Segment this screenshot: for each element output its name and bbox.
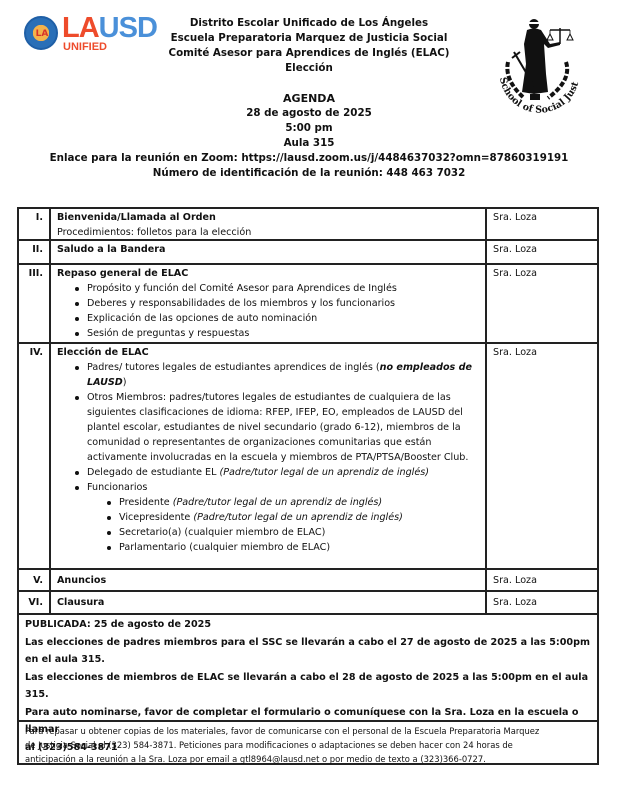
published-line: 315. — [25, 686, 591, 704]
zoom-link[interactable]: Enlace para la reunión en Zoom: https://… — [0, 151, 618, 166]
item-presenter: Sra. Loza — [487, 209, 597, 239]
item-presenter: Sra. Loza — [487, 241, 597, 263]
officer-bullets: Presidente (Padre/tutor legal de un apre… — [57, 495, 479, 555]
item-presenter: Sra. Loza — [487, 265, 597, 342]
item-title: Repaso general de ELAC — [57, 266, 479, 281]
item-title: Clausura — [57, 595, 479, 610]
bullet-item: Sesión de preguntas y respuestas — [73, 326, 479, 341]
agenda-title: AGENDA — [0, 91, 618, 106]
item-presenter: Sra. Loza — [487, 344, 597, 568]
bullet-item: Otros Miembros: padres/tutores legales d… — [73, 390, 479, 465]
note-line: Para repasar u obtener copias de los mat… — [25, 724, 591, 738]
header-district: Distrito Escolar Unificado de Los Ángele… — [0, 16, 618, 31]
note-line: de Justicia Social al (323) 584-3871. Pe… — [25, 738, 591, 752]
bullet-item: Padres/ tutores legales de estudiantes a… — [73, 360, 479, 390]
item-bullets: Padres/ tutores legales de estudiantes a… — [57, 360, 479, 495]
officer-item: Vicepresidente (Padre/tutor legal de un … — [105, 510, 479, 525]
officer-text: Vicepresidente — [119, 512, 193, 523]
officer-text: Presidente — [119, 497, 173, 508]
note-line: anticipación a la reunión a la Sra. Loza… — [25, 752, 591, 766]
item-number: V. — [19, 570, 51, 590]
bullet-text: Otros Miembros: padres/tutores legales d… — [87, 392, 468, 463]
agenda-row: III. Repaso general de ELAC Propósito y … — [19, 265, 597, 344]
item-presenter: Sra. Loza — [487, 592, 597, 613]
officer-item: Secretario(a) (cualquier miembro de ELAC… — [105, 525, 479, 540]
item-number: II. — [19, 241, 51, 263]
item-number: I. — [19, 209, 51, 239]
item-title: Elección de ELAC — [57, 345, 479, 360]
accessibility-note: Para repasar u obtener copias de los mat… — [19, 722, 597, 763]
meeting-room: Aula 315 — [0, 136, 618, 151]
meeting-date: 28 de agosto de 2025 — [0, 106, 618, 121]
item-number: IV. — [19, 344, 51, 568]
header-committee: Comité Asesor para Aprendices de Inglés … — [0, 46, 618, 61]
item-number: III. — [19, 265, 51, 342]
meeting-time: 5:00 pm — [0, 121, 618, 136]
item-number: VI. — [19, 592, 51, 613]
meeting-id: Número de identificación de la reunión: … — [0, 166, 618, 181]
item-bullets: Propósito y función del Comité Asesor pa… — [57, 281, 479, 341]
officer-item: Presidente (Padre/tutor legal de un apre… — [105, 495, 479, 510]
item-note: Procedimientos: folletos para la elecció… — [57, 225, 479, 240]
officer-item: Parlamentario (cualquier miembro de ELAC… — [105, 540, 479, 555]
item-title: Saludo a la Bandera — [57, 242, 479, 257]
bullet-item: Deberes y responsabilidades de los miemb… — [73, 296, 479, 311]
officer-text: Secretario(a) (cualquier miembro de ELAC… — [119, 527, 325, 538]
published-date: PUBLICADA: 25 de agosto de 2025 — [25, 616, 591, 634]
bullet-item: Funcionarios — [73, 480, 479, 495]
agenda-row: II. Saludo a la Bandera Sra. Loza — [19, 241, 597, 265]
officer-text: Parlamentario (cualquier miembro de ELAC… — [119, 542, 330, 553]
bullet-italic: (Padre/tutor legal de un aprendiz de ing… — [220, 467, 429, 478]
agenda-row: VI. Clausura Sra. Loza — [19, 592, 597, 615]
bullet-item: Explicación de las opciones de auto nomi… — [73, 311, 479, 326]
agenda-row: I. Bienvenida/Llamada al Orden Procedimi… — [19, 209, 597, 241]
published-line: Las elecciones de miembros de ELAC se ll… — [25, 669, 591, 687]
published-notice: PUBLICADA: 25 de agosto de 2025 Las elec… — [19, 615, 597, 722]
header-event: Elección — [0, 61, 618, 76]
published-line: en el aula 315. — [25, 651, 591, 669]
bullet-text: Funcionarios — [87, 482, 147, 493]
item-presenter: Sra. Loza — [487, 570, 597, 590]
item-title: Anuncios — [57, 573, 479, 588]
item-title: Bienvenida/Llamada al Orden — [57, 210, 479, 225]
bullet-text-after: ) — [123, 377, 127, 388]
header-school: Escuela Preparatoria Marquez de Justicia… — [0, 31, 618, 46]
agenda-row: V. Anuncios Sra. Loza — [19, 570, 597, 592]
officer-italic: (Padre/tutor legal de un aprendiz de ing… — [173, 497, 382, 508]
bullet-item: Propósito y función del Comité Asesor pa… — [73, 281, 479, 296]
officer-italic: (Padre/tutor legal de un aprendiz de ing… — [193, 512, 402, 523]
bullet-text: Delegado de estudiante EL — [87, 467, 220, 478]
bullet-text: Padres/ tutores legales de estudiantes a… — [87, 362, 380, 373]
agenda-table: I. Bienvenida/Llamada al Orden Procedimi… — [17, 207, 599, 765]
bullet-item: Delegado de estudiante EL (Padre/tutor l… — [73, 465, 479, 480]
document-header: Distrito Escolar Unificado de Los Ángele… — [0, 16, 618, 181]
published-line: Las elecciones de padres miembros para e… — [25, 634, 591, 652]
agenda-row: IV. Elección de ELAC Padres/ tutores leg… — [19, 344, 597, 570]
